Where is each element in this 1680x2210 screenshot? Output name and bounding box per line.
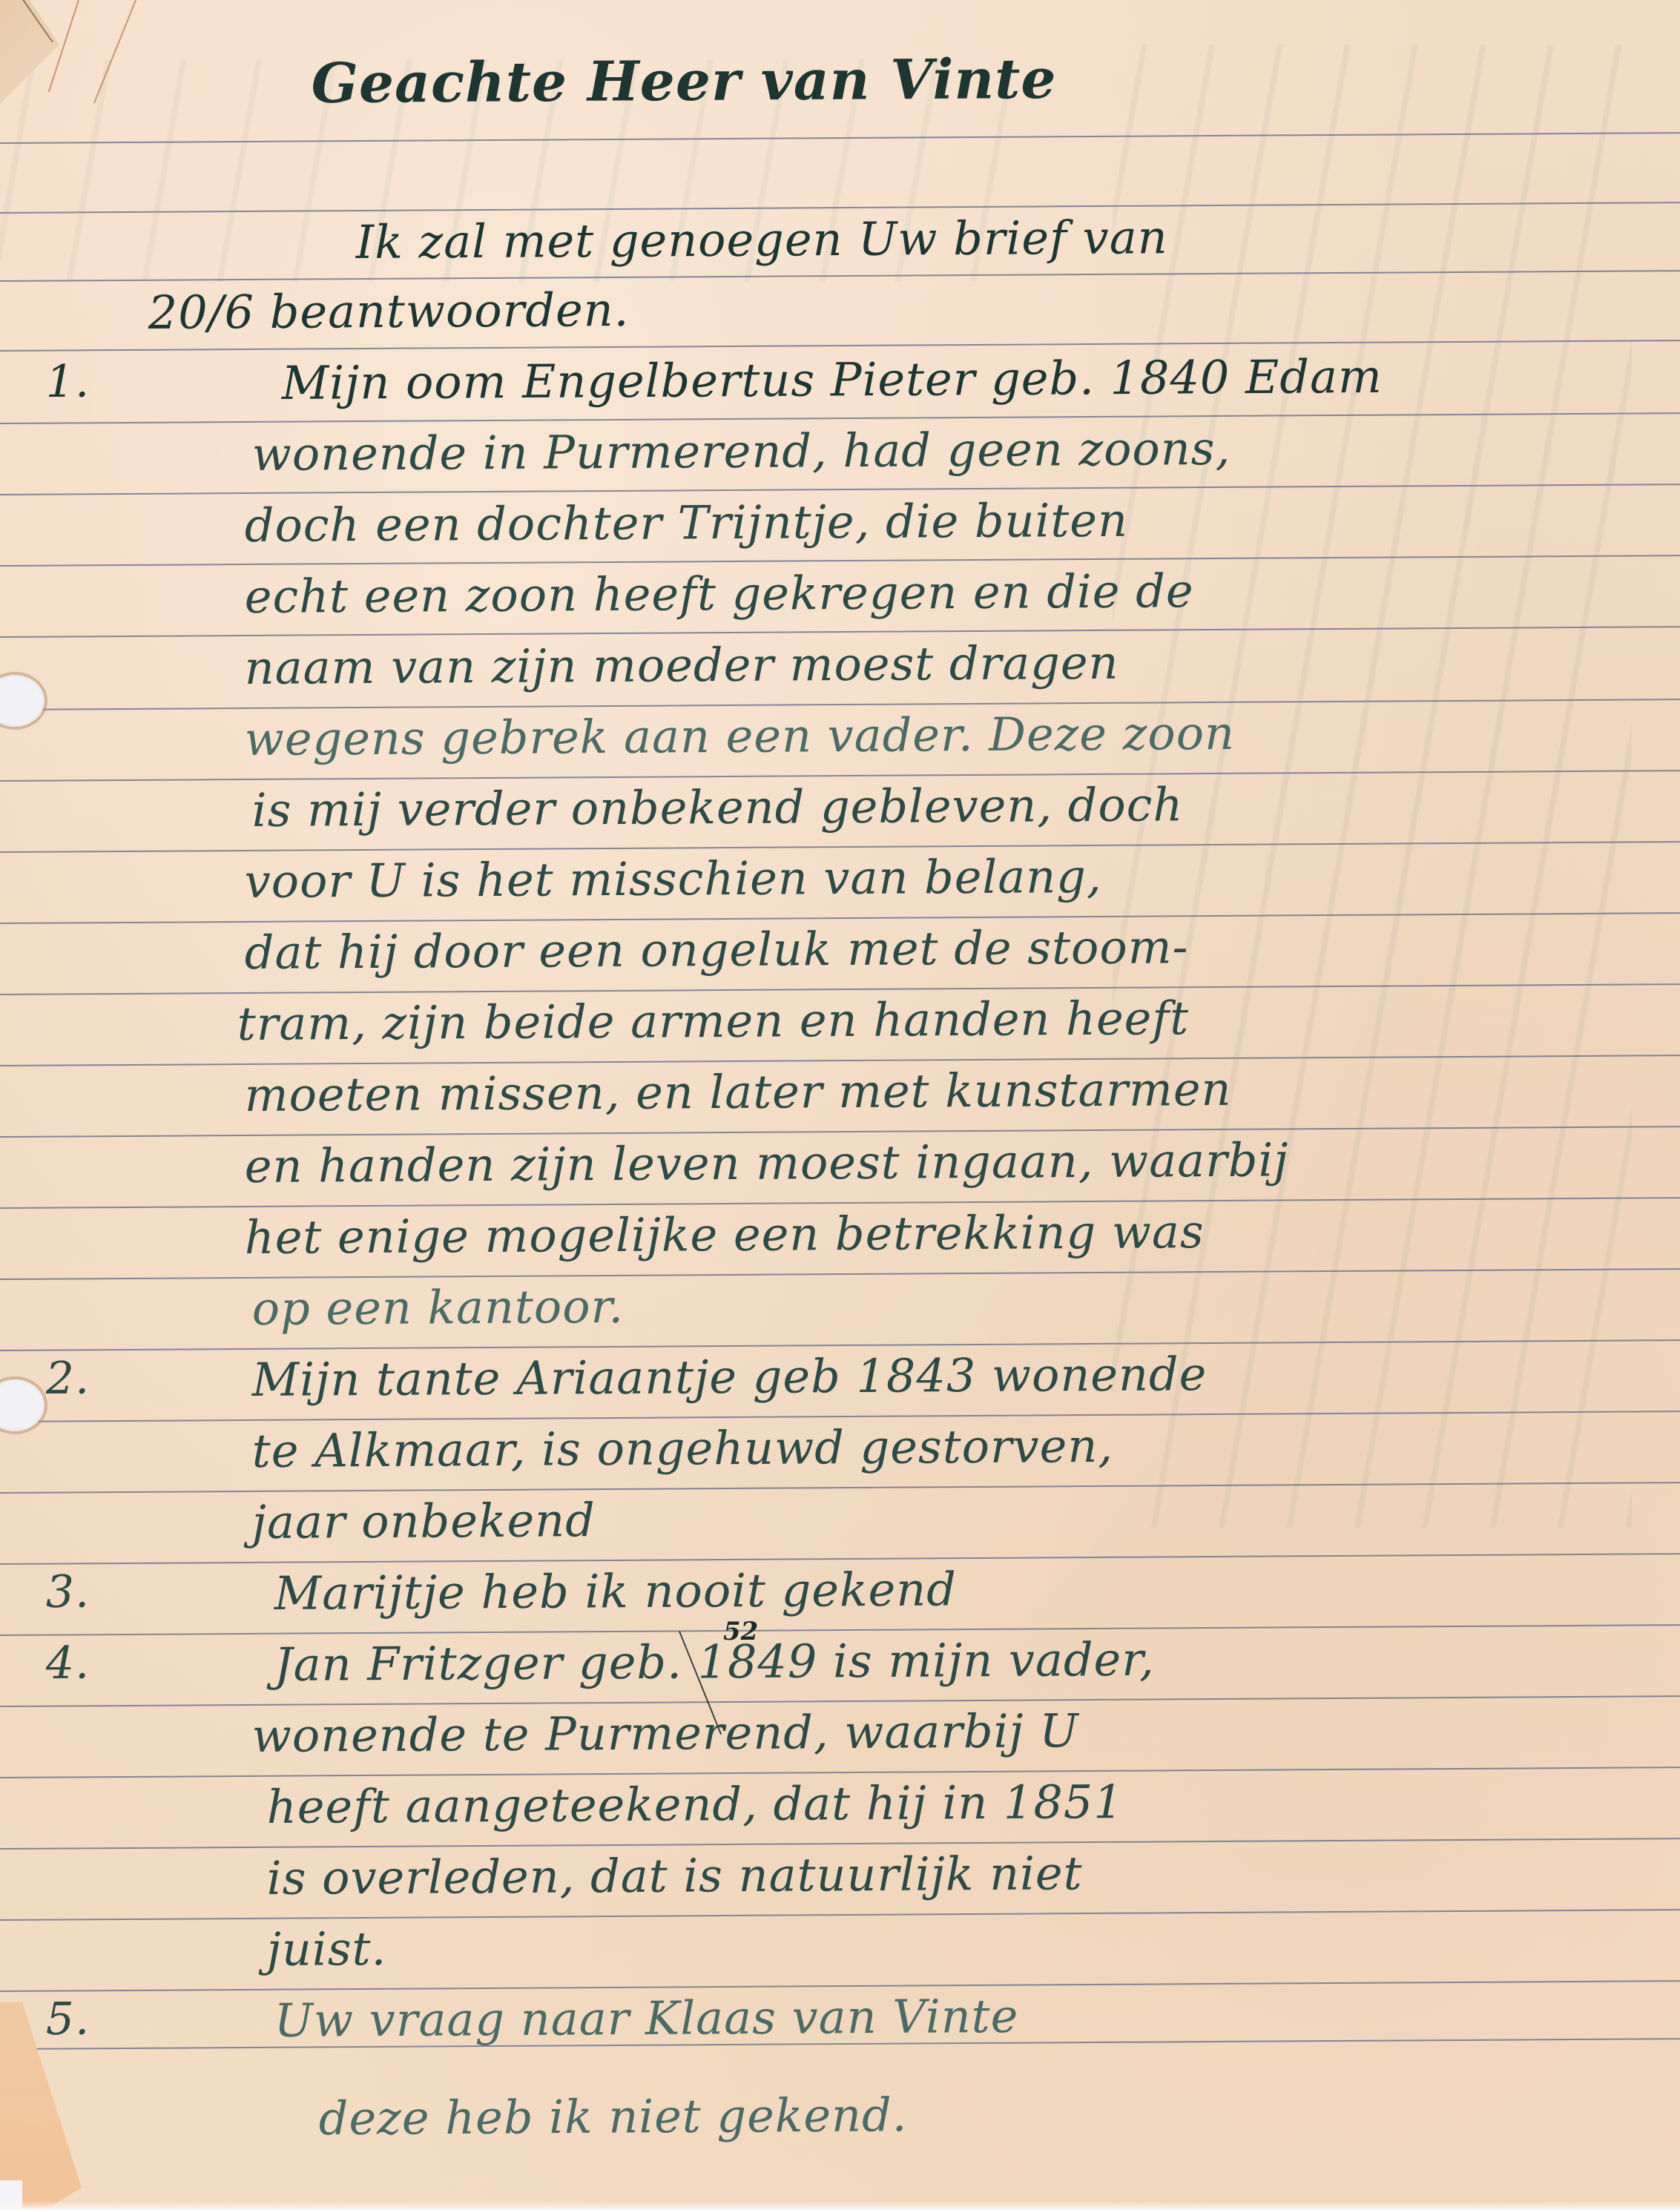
item-line: naam van zijn moeder moest dragen xyxy=(245,636,1119,695)
item-line: deze heb ik niet gekend. xyxy=(319,2088,908,2145)
item-line: dat hij door een ongeluk met de stoom- xyxy=(245,920,1189,980)
item-line: Uw vraag naar Klaas van Vinte xyxy=(274,1989,1019,2048)
item-number: 2. xyxy=(46,1353,90,1405)
ruled-line xyxy=(0,132,1680,144)
ruled-line xyxy=(0,340,1680,352)
rust-stain xyxy=(93,0,136,104)
letter-page: Geachte Heer van Vinte Ik zal met genoeg… xyxy=(0,0,1680,2210)
opening-line: Ik zal met genoegen Uw brief van xyxy=(356,210,1168,269)
punch-hole xyxy=(0,1379,45,1431)
opening-line: 20/6 beantwoorden. xyxy=(148,283,630,340)
ruled-line xyxy=(0,555,1680,567)
ruled-line xyxy=(0,412,1680,424)
folded-corner xyxy=(0,0,59,111)
ruled-line xyxy=(0,1909,1680,1921)
punch-hole xyxy=(0,675,45,727)
page-edge xyxy=(0,2201,1680,2210)
item-line: Marijtje heb ik nooit gekend xyxy=(274,1562,958,1620)
item-number: 3. xyxy=(46,1566,90,1618)
item-line: Mijn oom Engelbertus Pieter geb. 1840 Ed… xyxy=(282,349,1383,410)
ruled-line xyxy=(0,626,1680,638)
item-line: is overleden, dat is natuurlijk niet xyxy=(267,1846,1083,1905)
item-line: en handen zijn leven moest ingaan, waarb… xyxy=(245,1132,1289,1193)
item-line: voor U is het misschien van belang, xyxy=(245,849,1102,908)
item-number: 4. xyxy=(46,1637,90,1689)
item-line: doch een dochter Trijntje, die buiten xyxy=(245,493,1129,552)
date-correction: 52 xyxy=(723,1617,758,1646)
bleed-through-texture xyxy=(1113,44,1632,1528)
item-number: 1. xyxy=(46,356,90,408)
item-line: het enige mogelijke een betrekking was xyxy=(245,1204,1205,1264)
item-line: Jan Fritzger geb. 1849 is mijn vader, xyxy=(274,1632,1155,1692)
ruled-line xyxy=(0,484,1680,495)
item-line: tram, zijn beide armen en handen heeft xyxy=(237,991,1190,1051)
item-line: op een kantoor. xyxy=(252,1279,625,1336)
item-line: te Alkmaar, is ongehuwd gestorven, xyxy=(252,1419,1114,1478)
item-line: heeft aangeteekend, dat hij in 1851 xyxy=(267,1775,1124,1834)
ruled-line xyxy=(0,1482,1680,1494)
ruled-line xyxy=(0,1268,1680,1280)
item-line: moeten missen, en later met kunstarmen xyxy=(245,1062,1232,1122)
item-line: is mij verder onbekend gebleven, doch xyxy=(252,777,1184,837)
ruled-line xyxy=(0,270,1680,282)
item-line: wonende te Purmerend, waarbij U xyxy=(252,1703,1079,1763)
item-line: juist. xyxy=(267,1922,387,1976)
item-number: 5. xyxy=(46,1993,90,2045)
item-line: echt een zoon heeft gekregen en die de xyxy=(245,564,1194,624)
item-line: jaar onbekend xyxy=(252,1493,596,1549)
item-line: wegens gebrek aan een vader. Deze zoon xyxy=(245,706,1236,766)
letter-salutation-title: Geachte Heer van Vinte xyxy=(311,47,1056,116)
item-line: Mijn tante Ariaantje geb 1843 wonende xyxy=(252,1347,1208,1407)
item-line: wonende in Purmerend, had geen zoons, xyxy=(252,421,1231,481)
